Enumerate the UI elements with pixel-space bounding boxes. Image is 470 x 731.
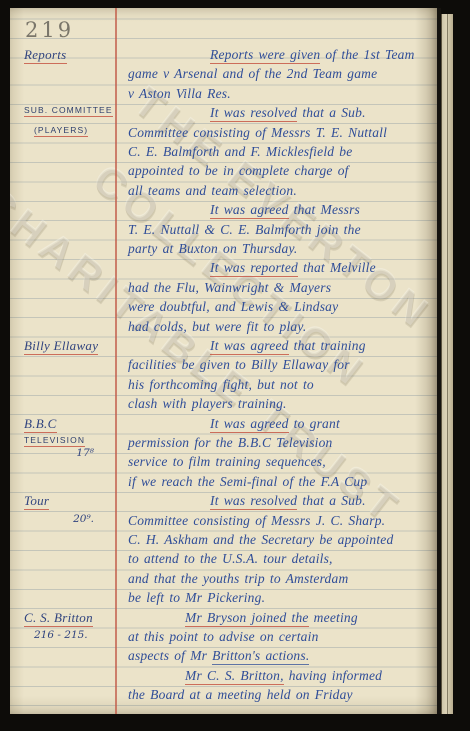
- handwriting-text: to attend to the U.S.A. tour details,: [128, 551, 333, 566]
- handwriting-text: that a Sub.: [297, 105, 365, 120]
- minute-line: Reports were given of the 1st Team: [210, 47, 415, 66]
- margin-note: 17⁸: [24, 447, 94, 459]
- margin-note: TELEVISION: [24, 435, 114, 445]
- margin-note-label: Billy Ellaway: [24, 338, 98, 355]
- underlined-phrase: Britton's actions.: [212, 648, 309, 665]
- minute-line: T. E. Nuttall & C. E. Balmforth join the: [128, 222, 361, 241]
- margin-note: 216 - 215.: [24, 629, 124, 641]
- ledger-page: THE EVERTONCOLLECTIONCHARITABLE TRUST 21…: [10, 8, 437, 714]
- minute-line: It was agreed that training: [210, 338, 366, 357]
- handwriting-text: v Aston Villa Res.: [128, 86, 231, 101]
- margin-note: B.B.C: [24, 416, 114, 432]
- minute-line: had colds, but were fit to play.: [128, 319, 306, 338]
- handwriting-text: had the Flu, Wainwright & Mayers: [128, 280, 331, 295]
- minute-line: It was resolved that a Sub.: [210, 493, 366, 512]
- minute-line: appointed to be in complete charge of: [128, 163, 349, 182]
- handwriting-text: permission for the B.B.C Television: [128, 435, 333, 450]
- margin-note-label: 216 - 215.: [34, 629, 88, 641]
- minute-line: It was resolved that a Sub.: [210, 105, 366, 124]
- margin-note: 20⁹.: [24, 513, 94, 525]
- handwriting-text: appointed to be in complete charge of: [128, 163, 349, 178]
- margin-note: (PLAYERS): [24, 125, 124, 135]
- underlined-phrase: It was agreed: [210, 338, 289, 355]
- handwriting-text: C. H. Askham and the Secretary be appoin…: [128, 532, 393, 547]
- minute-line: his forthcoming fight, but not to: [128, 377, 314, 396]
- minute-line: It was reported that Melville: [210, 260, 376, 279]
- handwriting-text: of the 1st Team: [320, 47, 414, 62]
- underlined-phrase: It was resolved: [210, 105, 297, 122]
- margin-note: SUB. COMMITTEE: [24, 105, 114, 115]
- minute-line: clash with players training.: [128, 396, 287, 415]
- next-page-fore-edge: [441, 14, 453, 714]
- minute-line: It was agreed to grant: [210, 416, 340, 435]
- margin-note-label: B.B.C: [24, 416, 57, 433]
- handwriting-text: game v Arsenal and of the 2nd Team game: [128, 66, 377, 81]
- handwriting-text: were doubtful, and Lewis & Lindsay: [128, 299, 338, 314]
- minute-line: C. H. Askham and the Secretary be appoin…: [128, 532, 393, 551]
- margin-note-label: 17⁸: [76, 447, 94, 459]
- underlined-phrase: Mr Bryson joined the: [185, 610, 309, 627]
- handwriting-text: and that the youths trip to Amsterdam: [128, 571, 348, 586]
- margin-note-label: SUB. COMMITTEE: [24, 105, 113, 117]
- handwriting-text: Committee consisting of Messrs T. E. Nut…: [128, 125, 387, 140]
- minute-line: game v Arsenal and of the 2nd Team game: [128, 66, 377, 85]
- margin-note: Reports: [24, 47, 114, 63]
- underlined-phrase: It was agreed: [210, 202, 289, 219]
- minute-line: permission for the B.B.C Television: [128, 435, 333, 454]
- margin-note-label: 20⁹.: [73, 513, 94, 525]
- handwriting-text: C. E. Balmforth and F. Micklesfield be: [128, 144, 352, 159]
- handwriting-text: having informed: [284, 668, 382, 683]
- handwriting-text: all teams and team selection.: [128, 183, 297, 198]
- underlined-phrase: It was reported: [210, 260, 298, 277]
- handwriting-text: at this point to advise on certain: [128, 629, 319, 644]
- underlined-phrase: Mr C. S. Britton,: [185, 668, 284, 685]
- minute-line: had the Flu, Wainwright & Mayers: [128, 280, 331, 299]
- minute-line: C. E. Balmforth and F. Micklesfield be: [128, 144, 352, 163]
- red-margin-rule: [115, 8, 117, 714]
- underlined-phrase: It was resolved: [210, 493, 297, 510]
- handwriting-text: his forthcoming fight, but not to: [128, 377, 314, 392]
- minute-line: the Board at a meeting held on Friday: [128, 687, 353, 706]
- handwriting-text: meeting: [309, 610, 358, 625]
- minute-line: to attend to the U.S.A. tour details,: [128, 551, 333, 570]
- minute-line: Mr Bryson joined the meeting: [185, 610, 358, 629]
- handwriting-text: that Melville: [298, 260, 376, 275]
- handwriting-text: facilities be given to Billy Ellaway for: [128, 357, 350, 372]
- handwriting-text: Committee consisting of Messrs J. C. Sha…: [128, 513, 385, 528]
- margin-note: Tour: [24, 493, 114, 509]
- handwriting-text: service to film training sequences,: [128, 454, 326, 469]
- underlined-phrase: It was agreed: [210, 416, 289, 433]
- minute-line: if we reach the Semi-final of the F.A Cu…: [128, 474, 367, 493]
- minute-line: were doubtful, and Lewis & Lindsay: [128, 299, 338, 318]
- margin-note-label: Reports: [24, 47, 67, 64]
- handwriting-text: aspects of Mr: [128, 648, 212, 663]
- handwriting-text: T. E. Nuttall & C. E. Balmforth join the: [128, 222, 361, 237]
- handwriting-text: had colds, but were fit to play.: [128, 319, 306, 334]
- minute-line: party at Buxton on Thursday.: [128, 241, 297, 260]
- minute-line: service to film training sequences,: [128, 454, 326, 473]
- minute-line: Committee consisting of Messrs T. E. Nut…: [128, 125, 387, 144]
- handwriting-text: that a Sub.: [297, 493, 365, 508]
- minute-line: facilities be given to Billy Ellaway for: [128, 357, 350, 376]
- margin-note: Billy Ellaway: [24, 338, 114, 354]
- margin-note-label: (PLAYERS): [34, 125, 88, 137]
- handwriting-text: that training: [289, 338, 366, 353]
- handwriting-text: be left to Mr Pickering.: [128, 590, 265, 605]
- handwriting-text: party at Buxton on Thursday.: [128, 241, 297, 256]
- handwriting-text: clash with players training.: [128, 396, 287, 411]
- margin-note-label: C. S. Britton: [24, 610, 93, 627]
- minute-line: Mr C. S. Britton, having informed: [185, 668, 382, 687]
- minute-line: Committee consisting of Messrs J. C. Sha…: [128, 513, 385, 532]
- minute-line: all teams and team selection.: [128, 183, 297, 202]
- margin-note-label: TELEVISION: [24, 435, 85, 447]
- minute-line: at this point to advise on certain: [128, 629, 319, 648]
- margin-note: C. S. Britton: [24, 610, 114, 626]
- handwriting-text: that Messrs: [289, 202, 360, 217]
- handwriting-text: the Board at a meeting held on Friday: [128, 687, 353, 702]
- minute-line: and that the youths trip to Amsterdam: [128, 571, 348, 590]
- underlined-phrase: Reports were given: [210, 47, 320, 64]
- minute-line: be left to Mr Pickering.: [128, 590, 265, 609]
- margin-note-label: Tour: [24, 493, 49, 510]
- handwriting-text: if we reach the Semi-final of the F.A Cu…: [128, 474, 367, 489]
- minute-line: It was agreed that Messrs: [210, 202, 360, 221]
- scanned-minute-book: THE EVERTONCOLLECTIONCHARITABLE TRUST 21…: [0, 0, 470, 731]
- minute-line: aspects of Mr Britton's actions.: [128, 648, 309, 667]
- minute-line: v Aston Villa Res.: [128, 86, 231, 105]
- page-number-stamp: 219: [25, 18, 74, 42]
- handwriting-text: to grant: [289, 416, 340, 431]
